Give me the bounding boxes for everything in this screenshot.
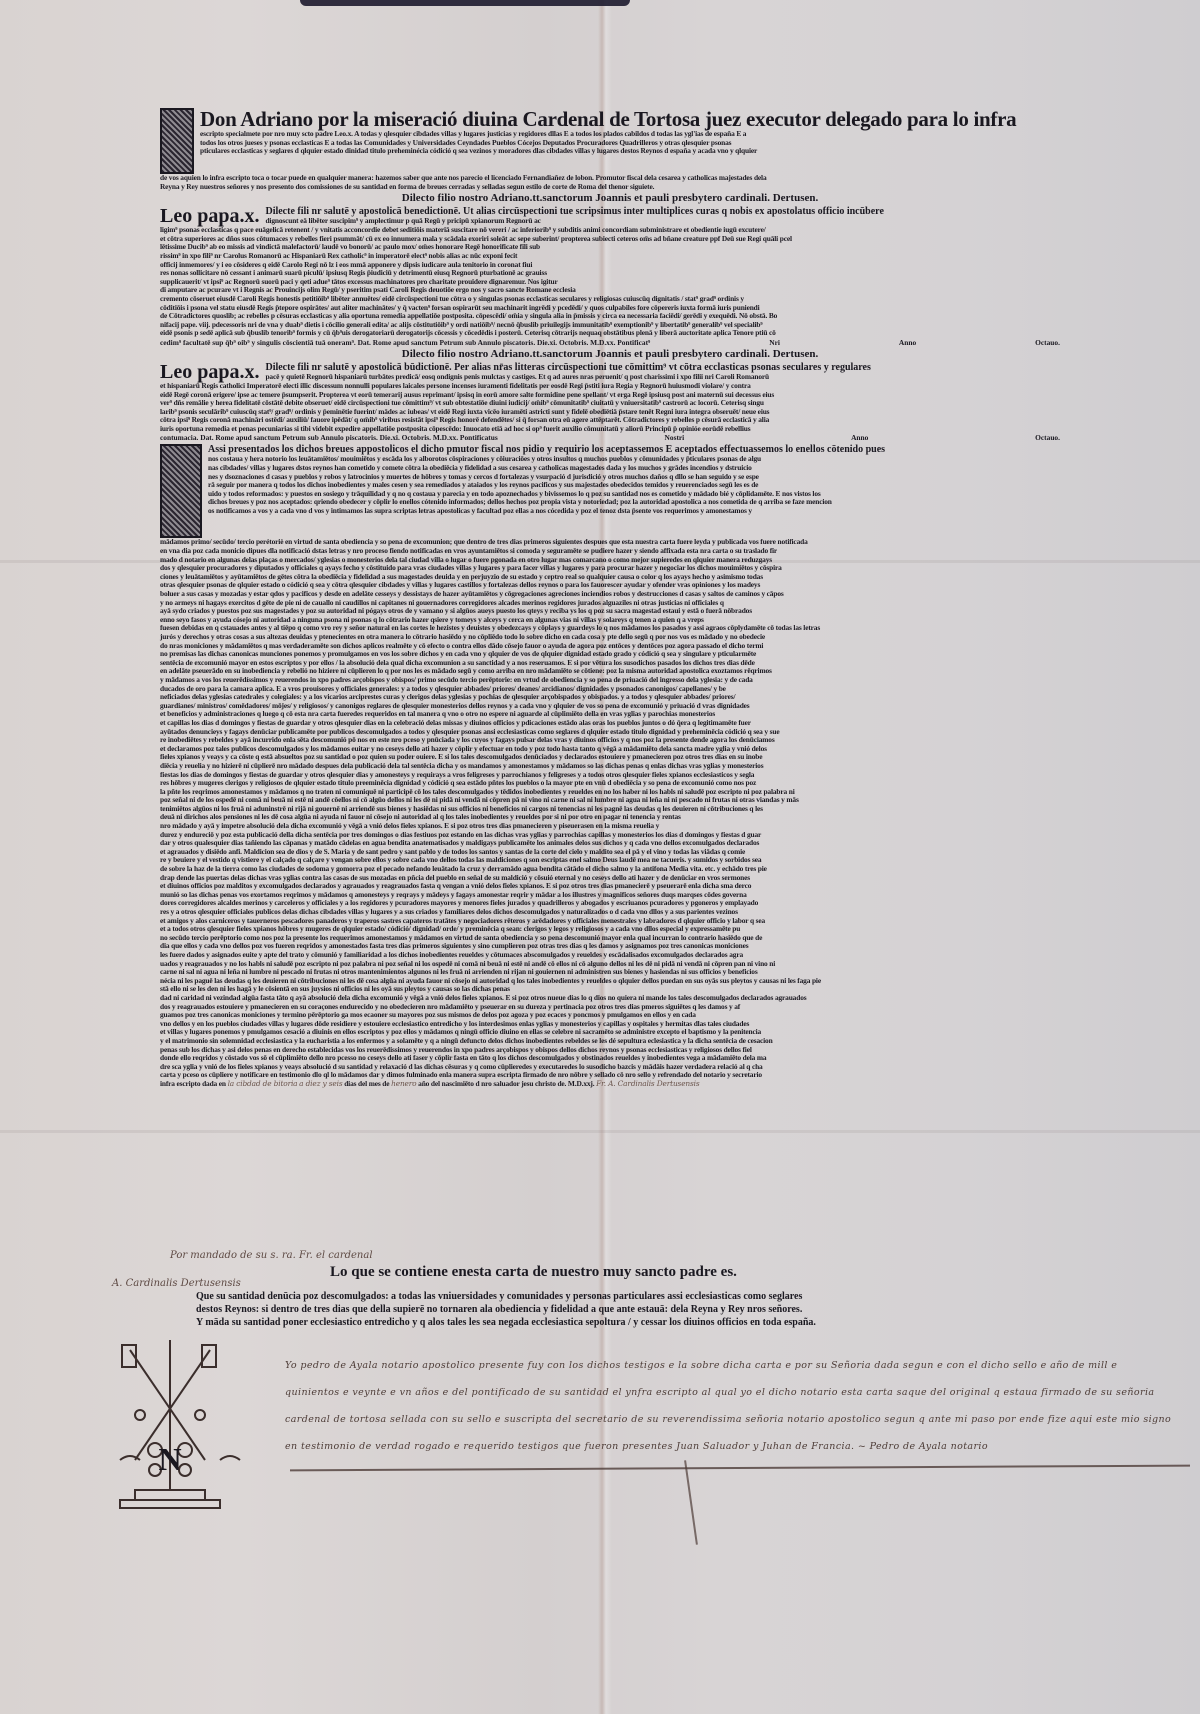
intro-line: pticulares ecclasticas y seglares d qlqu… [200, 147, 1060, 156]
dating-anno: Anno [851, 433, 868, 442]
address-line: Dilecto filio nostro Adriano.tt.sanctoru… [160, 348, 1060, 361]
brief-dating: cedim⁹ facultatē sup q̄b⁹ oib⁹ y singuli… [160, 338, 1060, 347]
summary-line: destos Reynos: si dentro de tres dias qu… [196, 1303, 916, 1316]
final-line: infra escripto dada en la cibdad de bito… [160, 1080, 1060, 1089]
decorated-initial-D-icon [160, 108, 194, 174]
ink-stain [300, 0, 630, 6]
attestation-line: Yo pedro de Ayala notario apostolico pre… [285, 1352, 1185, 1379]
dating-text: Dat. Rome apud sanctum Petrum sub Annulo… [358, 338, 651, 347]
summary-line: Que su santidad denūcia poz descomulgado… [196, 1290, 916, 1303]
summary: Que su santidad denūcia poz descomulgado… [196, 1290, 916, 1329]
notarial-sign-icon: N [110, 1340, 250, 1510]
final-line-middle: dias del mes de [344, 1079, 389, 1088]
brief-2: Leo papa.x. Dilecte fili nr salutē y apo… [160, 362, 1060, 382]
handwritten-day: a diez y seis [299, 1079, 342, 1088]
summary-line: Y māda su santidad poner ecclesiastico e… [196, 1316, 916, 1329]
execution-line: os notificamos a vos y a cada vno d vos … [208, 507, 1060, 516]
dating-octavo: Octauo. [1035, 338, 1060, 347]
attestation-line: quinientos e veynte e vn años e del pont… [285, 1379, 1185, 1406]
handwritten-month: henero [391, 1079, 416, 1088]
document-title: Don Adriano por la miseració diuina Card… [200, 108, 1060, 130]
brief-heading: Leo papa.x. [160, 206, 259, 226]
printed-text-block: Don Adriano por la miseració diuina Card… [160, 108, 1060, 1088]
margin-note: Por mandado de su s. ra. Fr. el cardenal [170, 1250, 373, 1261]
handwritten-signature: Fr. A. Cardinalis Dertusensis [596, 1079, 699, 1088]
attestation-line: en testimonio de verdad rogado e requeri… [285, 1433, 1185, 1460]
header: Don Adriano por la miseració diuina Card… [160, 108, 1060, 174]
brief-line: eidē psonis p sedē aplicā sub q̄buslib t… [160, 329, 1060, 338]
brief-heading: Leo papa.x. [160, 362, 259, 382]
final-line-prefix: infra escripto dada en [160, 1079, 226, 1088]
summary-title: Lo que se contiene enesta carta de nuest… [330, 1264, 737, 1281]
execution-section: Assi presentados los dichos breues appos… [160, 444, 1060, 538]
execution-body: mādamos primo/ secūdo/ tercio perétoriè … [160, 538, 1060, 1079]
decorated-initial-A-icon [160, 444, 202, 538]
svg-text:N: N [158, 1441, 181, 1477]
fold-line [0, 1130, 1200, 1133]
brief-line: iuris oportuna remedia et penas pecuniar… [160, 425, 1060, 434]
brief-line: cedim⁹ facultatē sup q̄b⁹ oib⁹ y singuli… [160, 338, 356, 347]
handwritten-place: la cibdad de bitoria [228, 1079, 298, 1088]
dating-nostri: Nostri [665, 433, 685, 442]
dating-octavo: Octauo. [1035, 433, 1060, 442]
final-line-suffix: año del nascimiēto d nro saluador jesu c… [418, 1079, 594, 1088]
dating-anno: Anno [899, 338, 916, 347]
dating-nostri: Nri [769, 338, 780, 347]
address-line: Dilecto filio nostro Adriano.tt.sanctoru… [160, 192, 1060, 205]
notarial-attestation: Yo pedro de Ayala notario apostolico pre… [285, 1352, 1185, 1460]
margin-note: A. Cardinalis Dertusensis [112, 1278, 241, 1289]
intro-line: Reyna y Rey nuestros señores y nos prese… [160, 183, 1060, 192]
brief-1: Leo papa.x. Dilecte fili nr salutē y apo… [160, 206, 1060, 226]
attestation-line: cardenal de tortosa sellada con su sello… [285, 1406, 1185, 1433]
dating-text: contumacia. Dat. Rome apud sanctum Petru… [160, 433, 498, 442]
brief-dating: contumacia. Dat. Rome apud sanctum Petru… [160, 433, 1060, 442]
